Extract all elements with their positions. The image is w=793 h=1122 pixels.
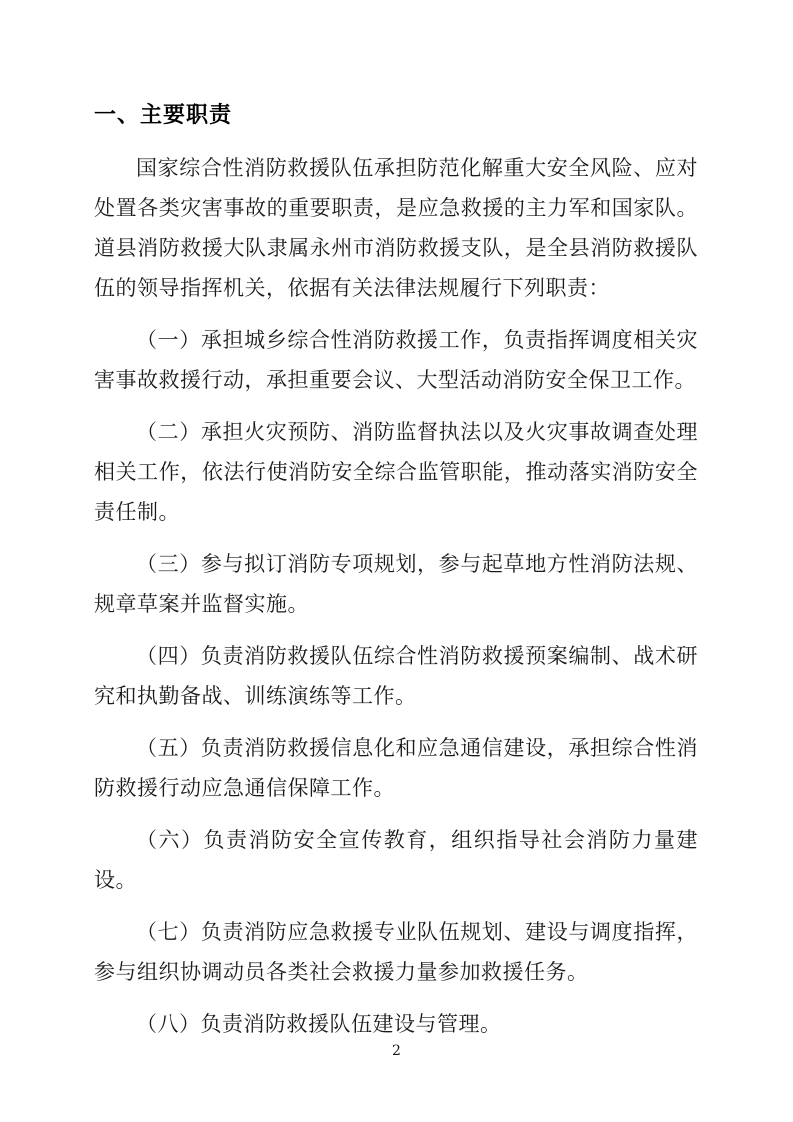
paragraph-duty-7: （七）负责消防应急救援专业队伍规划、建设与调度指挥，参与组织协调动员各类社会救援… [94,912,698,992]
paragraph-duty-4: （四）负责消防救援队伍综合性消防救援预案编制、战术研究和执勤备战、训练演练等工作… [94,636,698,716]
paragraph-duty-5: （五）负责消防救援信息化和应急通信建设，承担综合性消防救援行动应急通信保障工作。 [94,728,698,808]
page-footer: 2 [0,1040,793,1060]
paragraph-duty-6: （六）负责消防安全宣传教育，组织指导社会消防力量建设。 [94,820,698,900]
document-body: 一、主要职责 国家综合性消防救援队伍承担防范化解重大安全风险、应对处置各类灾害事… [0,0,793,1044]
paragraph-duty-8: （八）负责消防救援队伍建设与管理。 [94,1004,698,1044]
paragraph-duty-2: （二）承担火灾预防、消防监督执法以及火灾事故调查处理相关工作，依法行使消防安全综… [94,412,698,532]
section-heading: 一、主要职责 [94,96,698,136]
paragraph-duty-1: （一）承担城乡综合性消防救援工作，负责指挥调度相关灾害事故救援行动，承担重要会议… [94,320,698,400]
paragraph-duty-3: （三）参与拟订消防专项规划，参与起草地方性消防法规、规章草案并监督实施。 [94,544,698,624]
page-number: 2 [392,1043,401,1059]
paragraph-intro: 国家综合性消防救援队伍承担防范化解重大安全风险、应对处置各类灾害事故的重要职责，… [94,148,698,308]
document-page: 一、主要职责 国家综合性消防救援队伍承担防范化解重大安全风险、应对处置各类灾害事… [0,0,793,1122]
